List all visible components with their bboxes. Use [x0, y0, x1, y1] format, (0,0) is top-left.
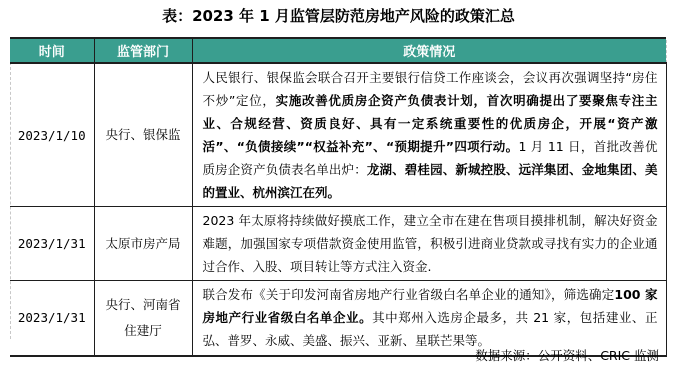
table-title: 表：2023 年 1 月监管层防范房地产风险的政策汇总 — [0, 6, 677, 26]
policy-text: 联合发布《关于印发河南省房地产行业省级白名单企业的通知》，筛选确定 — [203, 287, 615, 302]
cell-policy: 2023 年太原将持续做好摸底工作，建立全市在建在售项目摸排机制，解决好资金难题… — [192, 207, 666, 281]
cell-policy: 人民银行、银保监会联合召开主要银行信贷工作座谈会，会议再次强调坚持“房住不炒”定… — [192, 63, 666, 207]
data-source-note: 数据来源：公开资料、CRIC 监测 — [475, 347, 659, 365]
table-row: 2023/1/10 央行、银保监 人民银行、银保监会联合召开主要银行信贷工作座谈… — [10, 63, 666, 207]
policy-summary-table: 时间 监管部门 政策情况 2023/1/10 央行、银保监 人民银行、银保监会联… — [10, 37, 667, 357]
cell-date: 2023/1/31 — [10, 281, 94, 356]
cell-policy: 联合发布《关于印发河南省房地产行业省级白名单企业的通知》，筛选确定100 家房地… — [192, 281, 666, 356]
policy-text: 2023 年太原将持续做好摸底工作，建立全市在建在售项目摸排机制，解决好资金难题… — [203, 213, 658, 274]
table-row: 2023/1/31 太原市房产局 2023 年太原将持续做好摸底工作，建立全市在… — [10, 207, 666, 281]
column-header-policy: 政策情况 — [192, 38, 666, 63]
column-header-date: 时间 — [10, 38, 94, 63]
cell-date: 2023/1/10 — [10, 63, 94, 207]
cell-department: 央行、银保监 — [94, 63, 192, 207]
column-header-department: 监管部门 — [94, 38, 192, 63]
table-row: 2023/1/31 央行、河南省住建厅 联合发布《关于印发河南省房地产行业省级白… — [10, 281, 666, 356]
table-header-row: 时间 监管部门 政策情况 — [10, 38, 666, 63]
cell-department: 央行、河南省住建厅 — [94, 281, 192, 356]
cell-date: 2023/1/31 — [10, 207, 94, 281]
cell-department: 太原市房产局 — [94, 207, 192, 281]
